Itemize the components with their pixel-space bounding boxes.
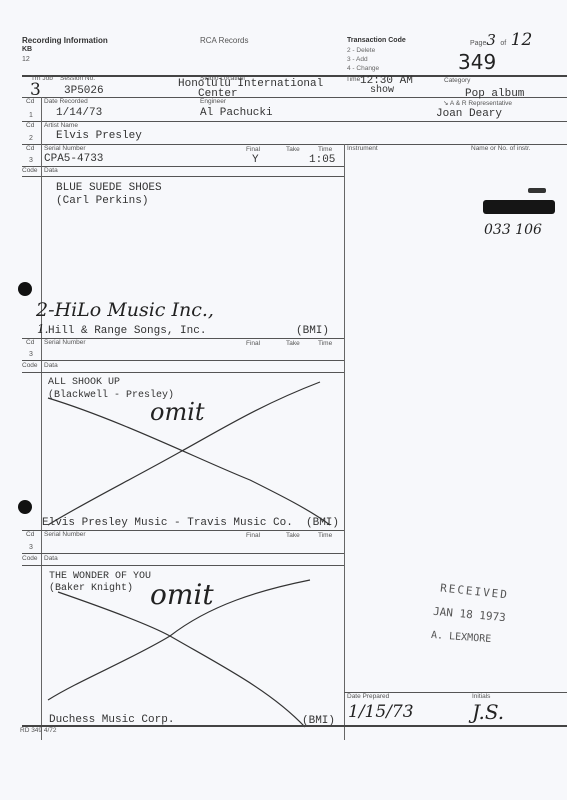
strike-marks [0, 0, 567, 800]
date-prepared-value: 1/15/73 [348, 702, 414, 722]
form-id: RD 349 4/72 [20, 728, 57, 735]
date-prepared-label: Date Prepared [347, 694, 389, 701]
initials-value: J.S. [472, 700, 504, 724]
